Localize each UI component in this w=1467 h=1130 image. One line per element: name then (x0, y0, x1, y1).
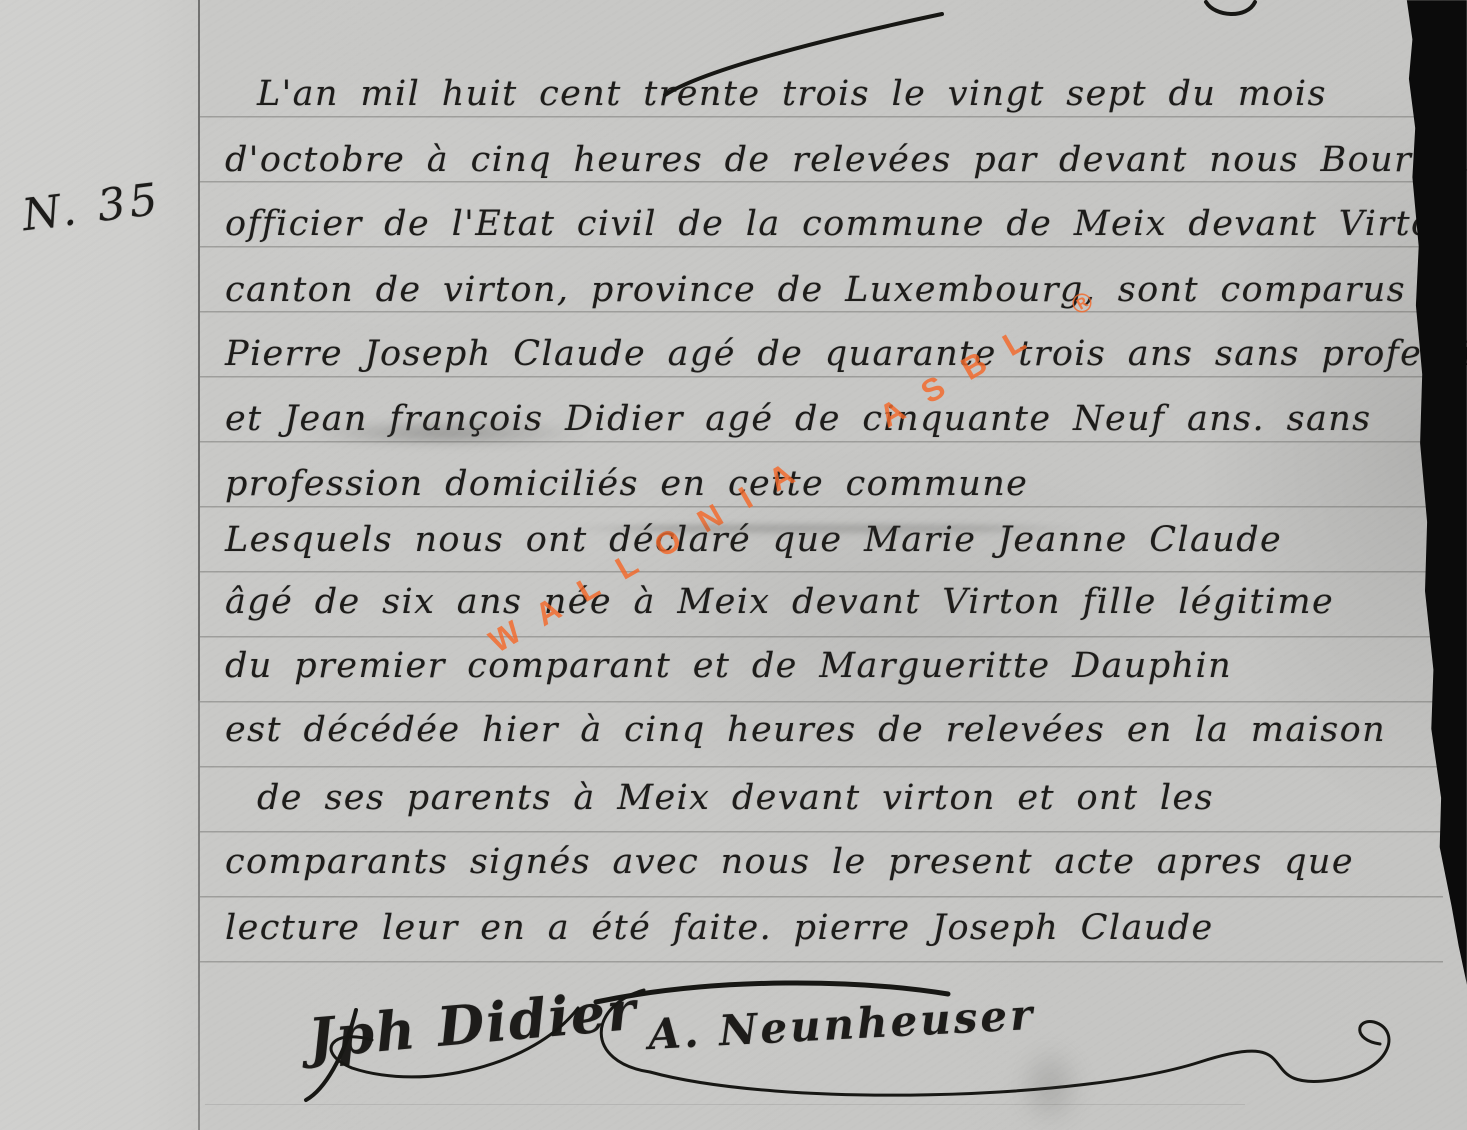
act-line-13: comparants signés avec nous le present a… (225, 838, 1354, 886)
act-line-4: canton de virton, province de Luxembourg… (225, 266, 1406, 314)
act-line-14: lecture leur en a été faite. pierre Jose… (225, 904, 1214, 952)
act-line-1: L'an mil huit cent trente trois le vingt… (225, 70, 1327, 118)
act-line-10: du premier comparant et de Margueritte D… (225, 642, 1232, 690)
act-line-5: Pierre Joseph Claude agé de quarante tro… (225, 330, 1467, 378)
scanned-register-page: N. 35 L'an mil huit cent trente trois le… (0, 0, 1467, 1130)
act-line-9: âgé de six ans née à Meix devant Virton … (225, 578, 1334, 626)
act-number: N. 35 (19, 174, 164, 242)
signature-neunheuser: A. Neunheuser (647, 990, 1036, 1059)
act-line-8: Lesquels nous ont déclaré que Marie Jean… (225, 516, 1282, 564)
margin-vertical-rule (198, 0, 200, 1130)
signature-joseph-didier: Jph Didier (306, 978, 640, 1071)
act-line-6: et Jean françois Didier agé de cinquante… (225, 395, 1372, 443)
act-line-12: de ses parents à Meix devant virton et o… (225, 774, 1214, 822)
act-line-3: officier de l'Etat civil de la commune d… (225, 200, 1457, 248)
act-line-2: d'octobre à cinq heures de relevées par … (225, 136, 1467, 184)
act-line-7: profession domiciliés en cette commune (225, 460, 1028, 508)
act-line-11: est décédée hier à cinq heures de relevé… (225, 706, 1386, 754)
fold-smudge (1015, 1042, 1085, 1130)
bottom-ruled-line (205, 1104, 1245, 1105)
